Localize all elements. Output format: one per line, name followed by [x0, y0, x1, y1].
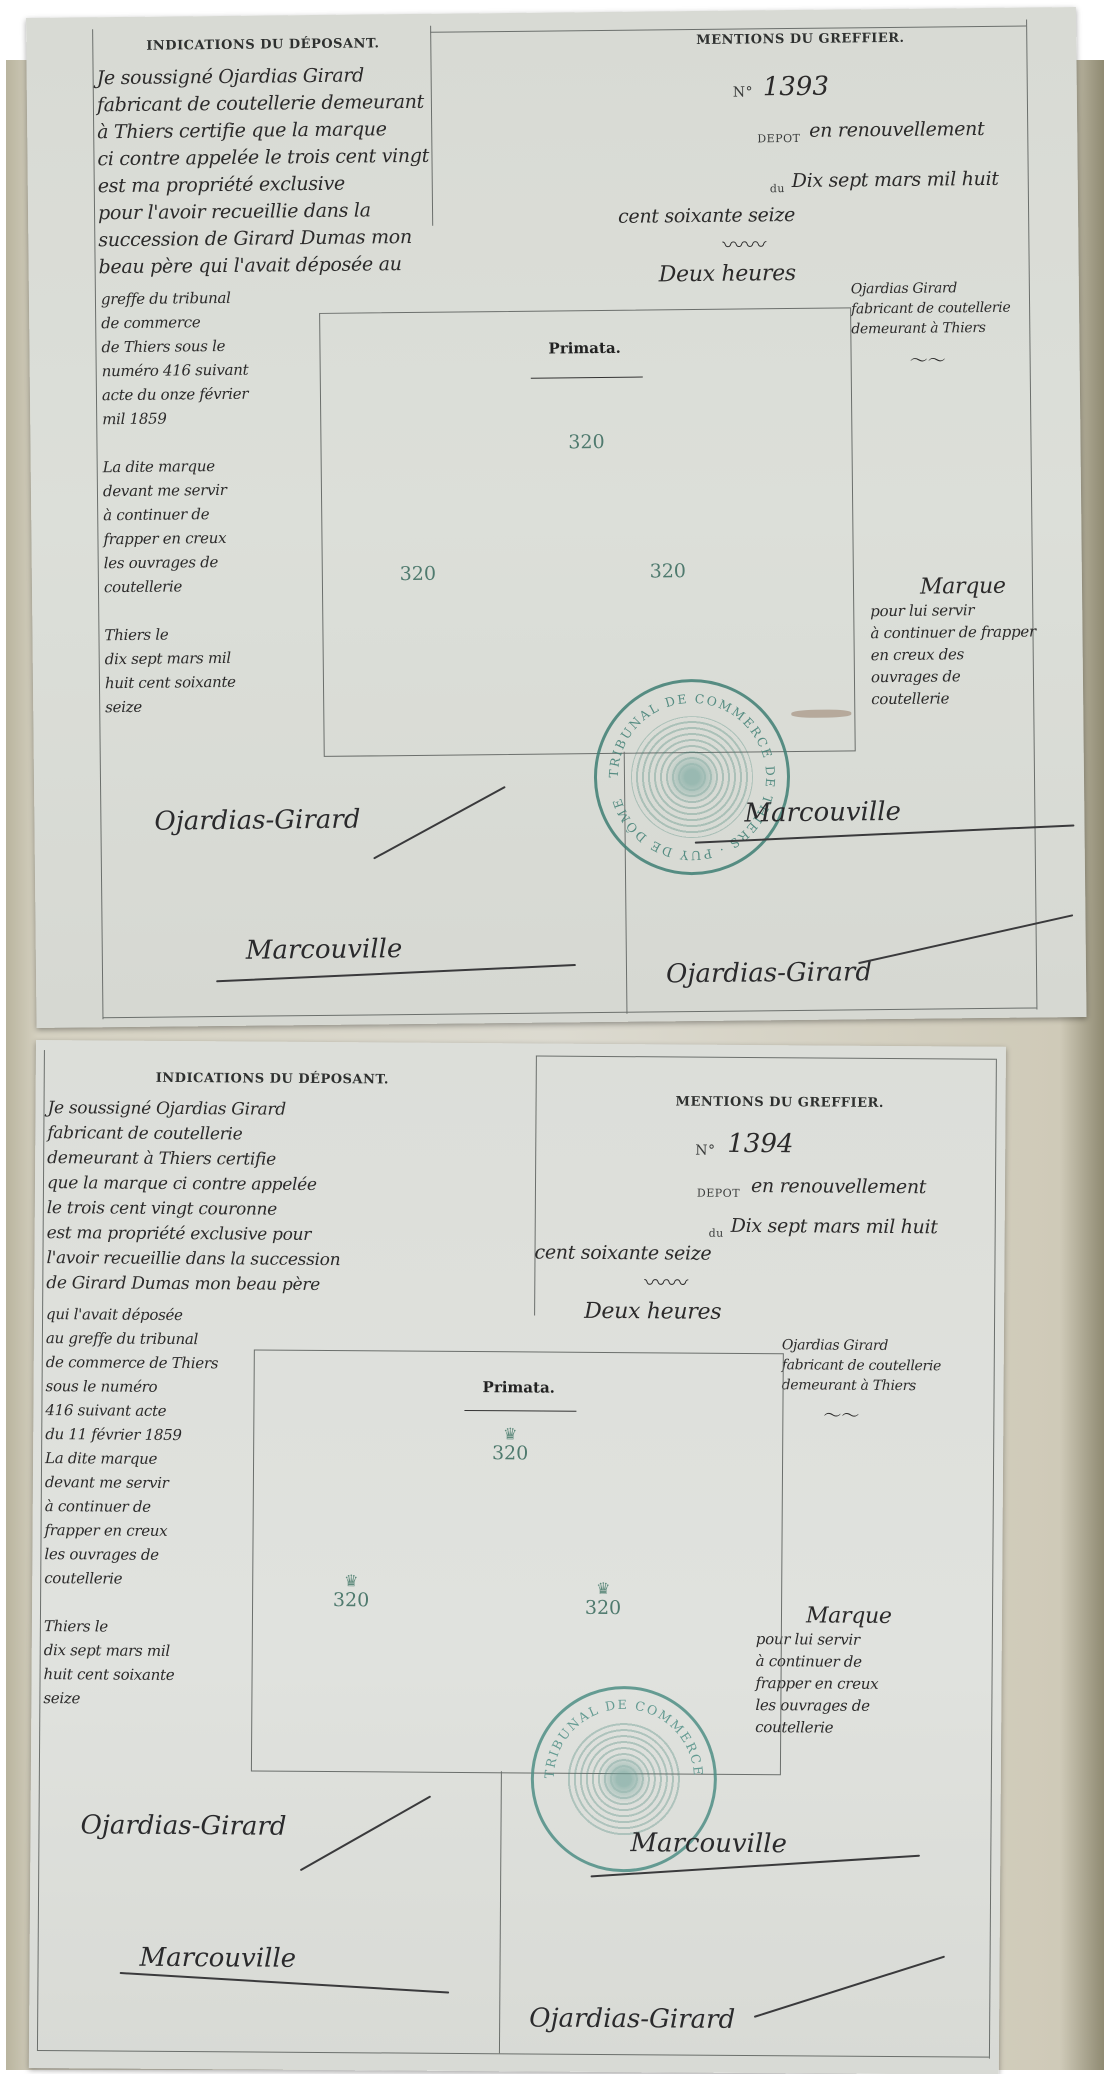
declarant-line: greffe du tribunal: [101, 289, 231, 308]
clerk-line: demeurant à Thiers: [851, 320, 986, 337]
signature-flourish: [373, 786, 506, 860]
declarant-line: coutellerie: [104, 577, 182, 596]
declarant-line: le trois cent vingt couronne: [47, 1198, 277, 1220]
clerk-column-header: MENTIONS DU GREFFIER.: [676, 1094, 884, 1110]
seal-ring-text: TRIBUNAL DE COMMERCE DE THIERS · PUY DE …: [596, 681, 788, 873]
signature-clerk: Marcouville: [246, 934, 403, 966]
declarant-line: Je soussigné Ojardias Girard: [47, 1098, 285, 1120]
declarant-line: ci contre appelée le trois cent vingt: [97, 145, 429, 170]
mark-note-line: en creux des: [871, 645, 964, 664]
tribunal-seal: TRIBUNAL DE COMMERCE DE THIERS · PUY DE …: [593, 678, 791, 876]
specimen-title: Primata.: [548, 339, 621, 358]
declarant-line: dix sept mars mil: [44, 1641, 170, 1660]
signature-flourish: [754, 1956, 945, 2018]
trademark-320-top: 320: [556, 431, 616, 454]
deposit-form-1394: INDICATIONS DU DÉPOSANT. MENTIONS DU GRE…: [29, 1040, 1006, 2074]
declarant-line: est ma propriété exclusive: [98, 173, 345, 198]
flourish-divider: 〰〰: [722, 228, 766, 259]
svg-text:TRIBUNAL DE COMMERCE DE THIERS: TRIBUNAL DE COMMERCE DE THIERS · PUY DE …: [606, 691, 778, 863]
declarant-line: de Girard Dumas mon beau père: [46, 1273, 320, 1295]
signature-clerk-seal: Marcouville: [744, 797, 901, 829]
flourish-divider: 〰〰: [644, 1266, 688, 1297]
declarant-line: l'avoir recueillie dans la succession: [46, 1248, 340, 1270]
declarant-line: est ma propriété exclusive pour: [47, 1223, 312, 1245]
declarant-line: succession de Girard Dumas mon: [98, 226, 412, 251]
date-value: Dix sept mars mil huit: [731, 1213, 938, 1241]
clerk-line: demeurant à Thiers: [782, 1377, 916, 1394]
declarant-line: à continuer de: [103, 505, 209, 524]
trademark-320-top: ♛320: [480, 1426, 540, 1464]
trademark-320-left: 320: [388, 563, 448, 586]
signature-underline: [216, 964, 576, 982]
clerk-line: Ojardias Girard: [851, 280, 957, 297]
signature-underline: [120, 1972, 450, 1994]
clerk-depositor-identity: Ojardias Girard fabricant de coutellerie…: [851, 278, 1011, 340]
column-divider: [430, 26, 433, 226]
trademark-320-left: ♛320: [321, 1573, 381, 1611]
declarant-line: 416 suivant acte: [45, 1401, 166, 1420]
declarant-line: Thiers le: [44, 1617, 108, 1635]
declarant-line: acte du onze février: [102, 385, 248, 405]
declarant-line: La dite marque: [103, 457, 215, 476]
clerk-depositor-identity: Ojardias Girard fabricant de coutellerie…: [782, 1335, 942, 1396]
declarant-line: Thiers le: [104, 626, 168, 645]
declarant-line: demeurant à Thiers certifie: [47, 1148, 276, 1170]
signature-flourish: [300, 1795, 431, 1871]
crown-icon: ♛: [480, 1426, 540, 1442]
number-label: N°: [695, 1143, 715, 1159]
clerk-line: fabricant de coutellerie: [851, 300, 1011, 318]
declarant-line: de Thiers sous le: [101, 337, 225, 356]
declarant-line: de commerce de Thiers: [46, 1353, 218, 1372]
date-label: du: [770, 182, 785, 195]
mark-number: 320: [585, 1597, 621, 1619]
specimen-title-rule: [464, 1410, 576, 1412]
mark-number: 320: [333, 1589, 369, 1611]
declarant-statement: Je soussigné Ojardias Girard fabricant d…: [46, 1096, 341, 1298]
signature-depositor-2: Ojardias-Girard: [529, 2003, 735, 2034]
bottom-rule: [37, 2050, 989, 2058]
declarant-line: La dite marque: [45, 1449, 157, 1468]
declarant-line: devant me servir: [103, 481, 227, 500]
depot-label: DEPOT: [697, 1187, 740, 1200]
flourish-divider: 〜〜: [909, 346, 945, 372]
declarant-line: les ouvrages de: [44, 1545, 158, 1564]
signature-clerk-seal: Marcouville: [630, 1828, 787, 1859]
declarant-column-header: INDICATIONS DU DÉPOSANT.: [146, 36, 379, 53]
clerk-line: fabricant de coutellerie: [782, 1357, 941, 1374]
clerk-line: Ojardias Girard: [782, 1337, 888, 1354]
date-continuation: cent soixante seize: [618, 202, 795, 231]
declarant-line: à Thiers certifie que la marque: [97, 118, 387, 143]
crown-icon: ♛: [573, 1581, 633, 1597]
declarant-line: coutellerie: [44, 1569, 122, 1588]
declarant-statement: Je soussigné Ojardias Girard fabricant d…: [96, 62, 430, 281]
mark-note-line: coutellerie: [871, 689, 949, 708]
declarant-line: devant me servir: [45, 1473, 169, 1492]
mark-usage-note: Marque pour lui servir à continuer de fr…: [870, 575, 1037, 710]
trademark-320-right: 320: [638, 560, 698, 583]
deposit-time: Deux heures: [659, 260, 796, 288]
trademark-320-right: ♛320: [573, 1581, 633, 1619]
mark-note-line: ouvrages de: [871, 667, 961, 686]
declarant-line: à continuer de: [45, 1497, 151, 1516]
signature-clerk: Marcouville: [139, 1943, 296, 1974]
declarant-statement-continued: qui l'avait déposée au greffe du tribuna…: [43, 1302, 218, 1711]
declarant-line: fabricant de coutellerie: [47, 1123, 242, 1144]
mark-note-line: à continuer de frapper: [870, 622, 1036, 642]
depot-value: en renouvellement: [809, 116, 984, 145]
depot-value: en renouvellement: [751, 1173, 926, 1201]
top-rule: [536, 1055, 996, 1059]
registration-number: 1394: [727, 1129, 793, 1159]
declarant-line: de commerce: [101, 313, 200, 332]
clerk-column-header: MENTIONS DU GREFFIER.: [696, 31, 904, 48]
right-margin-rule: [989, 1059, 997, 2059]
deposit-time: Deux heures: [584, 1298, 721, 1326]
specimen-title: Primata.: [483, 1378, 555, 1397]
mark-note-line: Marque: [870, 574, 1006, 600]
declarant-line: frapper en creux: [45, 1521, 168, 1540]
bottom-rule: [102, 1007, 1036, 1018]
crown-icon: ♛: [321, 1573, 381, 1589]
mark-number: 320: [492, 1442, 528, 1464]
declarant-column-header: INDICATIONS DU DÉPOSANT.: [156, 1071, 389, 1088]
date-label: du: [709, 1227, 724, 1240]
mark-note-line: pour lui servir: [870, 601, 974, 620]
declarant-line: sous le numéro: [46, 1377, 158, 1396]
signature-depositor-2: Ojardias-Girard: [666, 957, 872, 989]
flourish-divider: 〜〜: [823, 1402, 859, 1428]
registration-number: 1393: [763, 72, 829, 103]
declarant-statement-continued: greffe du tribunal de commerce de Thiers…: [101, 286, 252, 720]
declarant-line: au greffe du tribunal: [46, 1329, 198, 1348]
declarant-line: Je soussigné Ojardias Girard: [97, 64, 365, 89]
declarant-line: les ouvrages de: [104, 553, 219, 572]
column-divider: [534, 1055, 537, 1315]
specimen-title-rule: [531, 377, 643, 379]
declarant-line: dix sept mars mil: [105, 649, 231, 668]
declarant-line: huit cent soixante: [44, 1665, 175, 1684]
date-value: Dix sept mars mil huit: [792, 166, 999, 195]
declarant-line: du 11 février 1859: [45, 1425, 181, 1444]
signature-divider: [499, 1771, 502, 2053]
ink-smudge: [791, 709, 851, 718]
right-margin-rule: [1026, 20, 1037, 1010]
declarant-line: qui l'avait déposée: [46, 1305, 183, 1324]
signature-depositor: Ojardias-Girard: [80, 1810, 286, 1841]
declarant-line: frapper en creux: [103, 529, 226, 548]
declarant-line: beau père qui l'avait déposée au: [98, 253, 401, 278]
declarant-line: que la marque ci contre appelée: [47, 1173, 317, 1195]
signature-depositor: Ojardias-Girard: [154, 805, 360, 837]
signature-flourish: [858, 914, 1073, 964]
deposit-form-1393: INDICATIONS DU DÉPOSANT. MENTIONS DU GRE…: [26, 7, 1087, 1028]
declarant-line: mil 1859: [102, 410, 167, 429]
declarant-line: pour l'avoir recueillie dans la: [98, 199, 371, 224]
declarant-line: seize: [43, 1689, 80, 1707]
date-continuation: cent soixante seize: [534, 1239, 711, 1267]
declarant-line: seize: [105, 698, 142, 716]
register-page: INDICATIONS DU DÉPOSANT. MENTIONS DU GRE…: [0, 0, 1110, 2074]
declarant-line: fabricant de coutellerie demeurant: [97, 91, 424, 116]
svg-text:TRIBUNAL DE COMMERCE: TRIBUNAL DE COMMERCE: [541, 1696, 706, 1780]
declarant-line: huit cent soixante: [105, 673, 236, 692]
depot-label: DEPOT: [757, 132, 800, 145]
declarant-line: numéro 416 suivant: [102, 361, 249, 381]
number-label: N°: [733, 84, 753, 100]
